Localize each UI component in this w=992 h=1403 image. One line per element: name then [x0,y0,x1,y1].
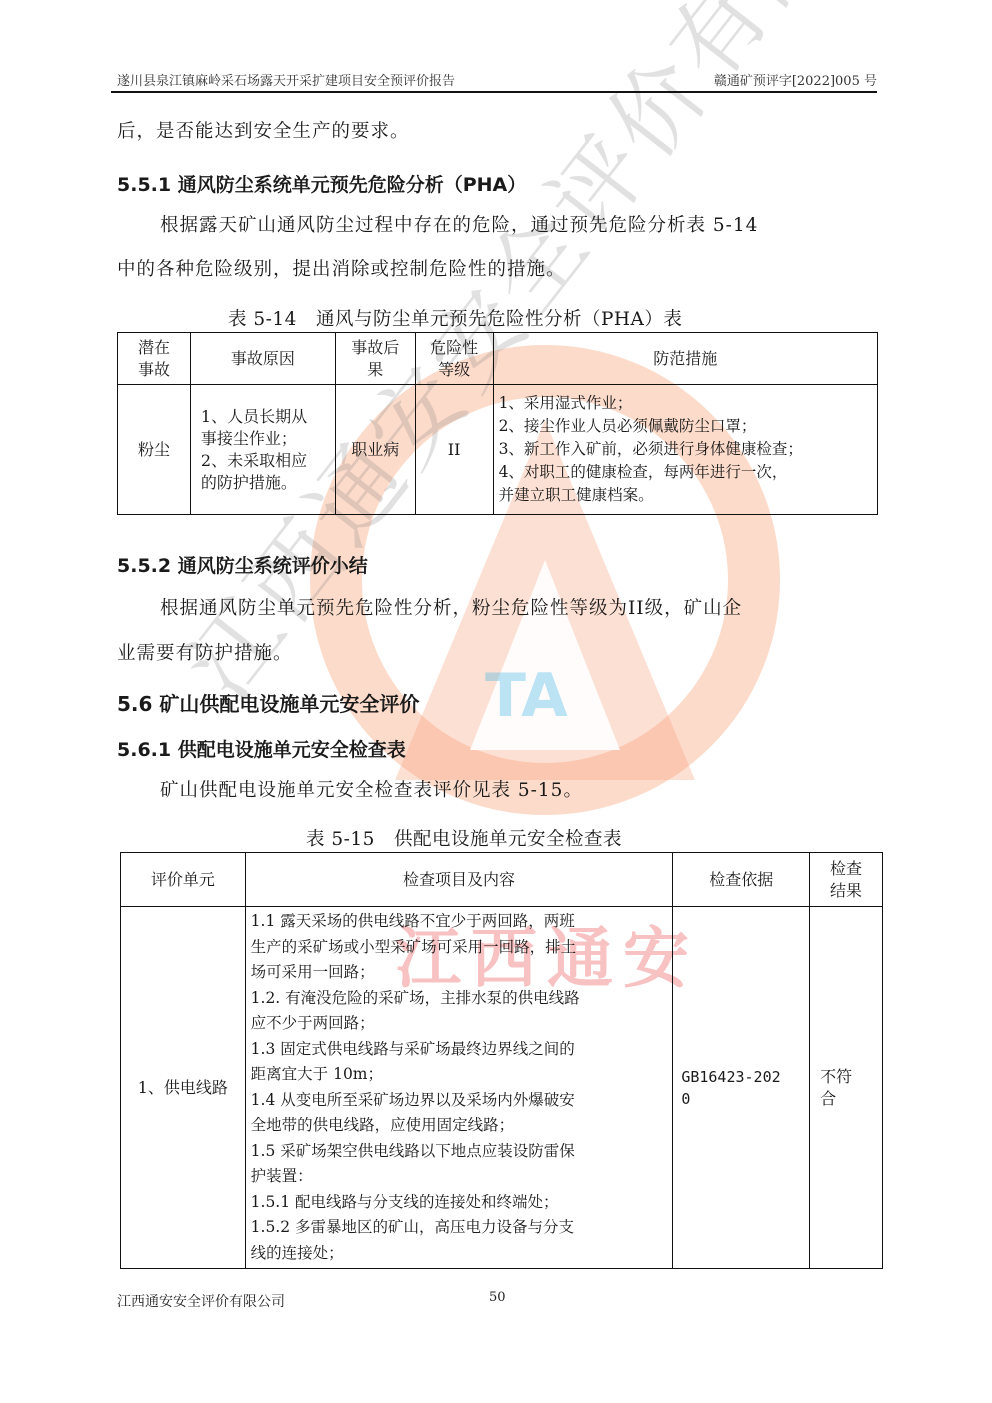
paragraph-table-ref: 矿山供配电设施单元安全检查表评价见表 5-15。 [160,780,583,802]
table-header-row: 潜在 事故 事故原因 事故后 果 危险性 等级 防范措施 [118,333,878,385]
header-text: 事故原因 [196,348,330,370]
table-5-14-caption: 表 5-14 通风与防尘单元预先危险性分析（PHA）表 [228,305,682,331]
paragraph-summary-line2: 业需要有防护措施。 [117,643,293,665]
watermark-logo-letters: TA [485,668,568,724]
header-measures: 防范措施 [493,333,877,385]
section-heading-5-5-2: 5.5.2 通风防尘系统评价小结 [117,551,368,578]
content-line: 1.1 露天采场的供电线路不宜少于两回路，两班 [251,909,668,935]
table-5-15: 评价单元 检查项目及内容 检查依据 检查 结果 1、供电线路 1.1 露天采场的… [120,852,883,1269]
section-heading-5-6-1: 5.6.1 供配电设施单元安全检查表 [117,735,406,762]
header-cause: 事故原因 [190,333,335,385]
header-content: 检查项目及内容 [245,853,673,907]
header-divider [111,91,877,93]
header-consequence: 事故后 果 [335,333,415,385]
paragraph-intro-line2: 中的各种危险级别，提出消除或控制危险性的措施。 [117,259,566,281]
header-level: 危险性 等级 [415,333,493,385]
content-line: 1.2. 有淹没危险的采矿场，主排水泵的供电线路 [251,986,668,1012]
page-number: 50 [489,1290,506,1305]
footer-company: 江西通安安全评价有限公司 [117,1291,285,1311]
header-text: 潜在 [123,337,185,359]
content-line: 距离宜大于 10m； [251,1062,668,1088]
cell-content: 1.1 露天采场的供电线路不宜少于两回路，两班 生产的采矿场或小型采矿场可采用一… [245,907,673,1269]
cell-unit: 1、供电线路 [121,907,246,1269]
content-line: 生产的采矿场或小型采矿场可采用一回路，排土 [251,935,668,961]
cell-measures: 1、采用湿式作业； 2、接尘作业人员必须佩戴防尘口罩； 3、新工作入矿前，必须进… [493,385,877,515]
header-basis: 检查依据 [673,853,810,907]
header-text: 检查项目及内容 [251,869,668,891]
content-line: 全地带的供电线路，应使用固定线路； [251,1113,668,1139]
measure-line: 2、接尘作业人员必须佩戴防尘口罩； [499,415,872,438]
content-line: 护装置： [251,1164,668,1190]
header-text: 防范措施 [499,348,872,370]
paragraph-summary-line1: 根据通风防尘单元预先危险性分析，粉尘危险性等级为II级，矿山企 [160,598,742,620]
report-title: 遂川县泉江镇麻岭采石场露天开采扩建项目安全预评价报告 [117,70,455,89]
cell-consequence: 职业病 [335,385,415,515]
content-line: 1.3 固定式供电线路与采矿场最终边界线之间的 [251,1037,668,1063]
cell-hazard: 粉尘 [118,385,191,515]
cause-line: 2、未采取相应 [201,450,330,472]
paragraph-intro-line1: 根据露天矿山通风防尘过程中存在的危险，通过预先危险分析表 5-14 [160,215,758,237]
header-text: 事故后 [341,337,410,359]
measure-line: 并建立职工健康档案。 [499,484,872,507]
measure-line: 1、采用湿式作业； [499,392,872,415]
cell-result: 不符 合 [810,907,883,1269]
measure-line: 4、对职工的健康检查，每两年进行一次， [499,461,872,484]
document-number: 赣通矿预评字[2022]005 号 [714,70,877,89]
basis-line: 0 [681,1088,804,1110]
cell-causes: 1、人员长期从 事接尘作业； 2、未采取相应 的防护措施。 [190,385,335,515]
cause-line: 的防护措施。 [201,472,330,494]
document-page: TA 江西通安安全评价有限公司 江西通安 遂川县泉江镇麻岭采石场露天开采扩建项目… [0,0,992,1403]
content-line: 场可采用一回路； [251,960,668,986]
cell-basis: GB16423-202 0 [673,907,810,1269]
table-5-14: 潜在 事故 事故原因 事故后 果 危险性 等级 防范措施 粉尘 1、人员长期从 … [117,332,878,515]
paragraph-continuation: 后，是否能达到安全生产的要求。 [117,121,410,143]
basis-line: GB16423-202 [681,1066,804,1088]
content-line: 应不少于两回路； [251,1011,668,1037]
cause-line: 事接尘作业； [201,428,330,450]
table-row: 1、供电线路 1.1 露天采场的供电线路不宜少于两回路，两班 生产的采矿场或小型… [121,907,883,1269]
section-heading-5-5-1: 5.5.1 通风防尘系统单元预先危险分析（PHA） [117,170,526,197]
header-text: 检查 [815,858,877,880]
page-header: 遂川县泉江镇麻岭采石场露天开采扩建项目安全预评价报告 赣通矿预评字[2022]0… [117,70,877,92]
result-line: 合 [820,1088,877,1110]
content-line: 1.5.1 配电线路与分支线的连接处和终端处； [251,1190,668,1216]
measure-line: 3、新工作入矿前，必须进行身体健康检查； [499,438,872,461]
watermark-logo-triangle-inner [470,560,620,750]
header-text: 危险性 [421,337,488,359]
table-header-row: 评价单元 检查项目及内容 检查依据 检查 结果 [121,853,883,907]
cause-line: 1、人员长期从 [201,406,330,428]
header-hazard: 潜在 事故 [118,333,191,385]
section-heading-5-6: 5.6 矿山供配电设施单元安全评价 [117,688,419,717]
header-unit: 评价单元 [121,853,246,907]
header-result: 检查 结果 [810,853,883,907]
header-text: 果 [341,359,410,381]
content-line: 1.4 从变电所至采矿场边界以及采场内外爆破安 [251,1088,668,1114]
header-text: 结果 [815,880,877,902]
header-text: 检查依据 [678,869,804,891]
result-line: 不符 [820,1066,877,1088]
content-line: 1.5.2 多雷暴地区的矿山，高压电力设备与分支 [251,1215,668,1241]
header-text: 评价单元 [126,869,240,891]
content-line: 1.5 采矿场架空供电线路以下地点应装设防雷保 [251,1139,668,1165]
table-5-15-caption: 表 5-15 供配电设施单元安全检查表 [306,825,622,851]
header-text: 事故 [123,359,185,381]
header-text: 等级 [421,359,488,381]
cell-level: II [415,385,493,515]
content-line: 线的连接处； [251,1241,668,1267]
table-row: 粉尘 1、人员长期从 事接尘作业； 2、未采取相应 的防护措施。 职业病 II … [118,385,878,515]
